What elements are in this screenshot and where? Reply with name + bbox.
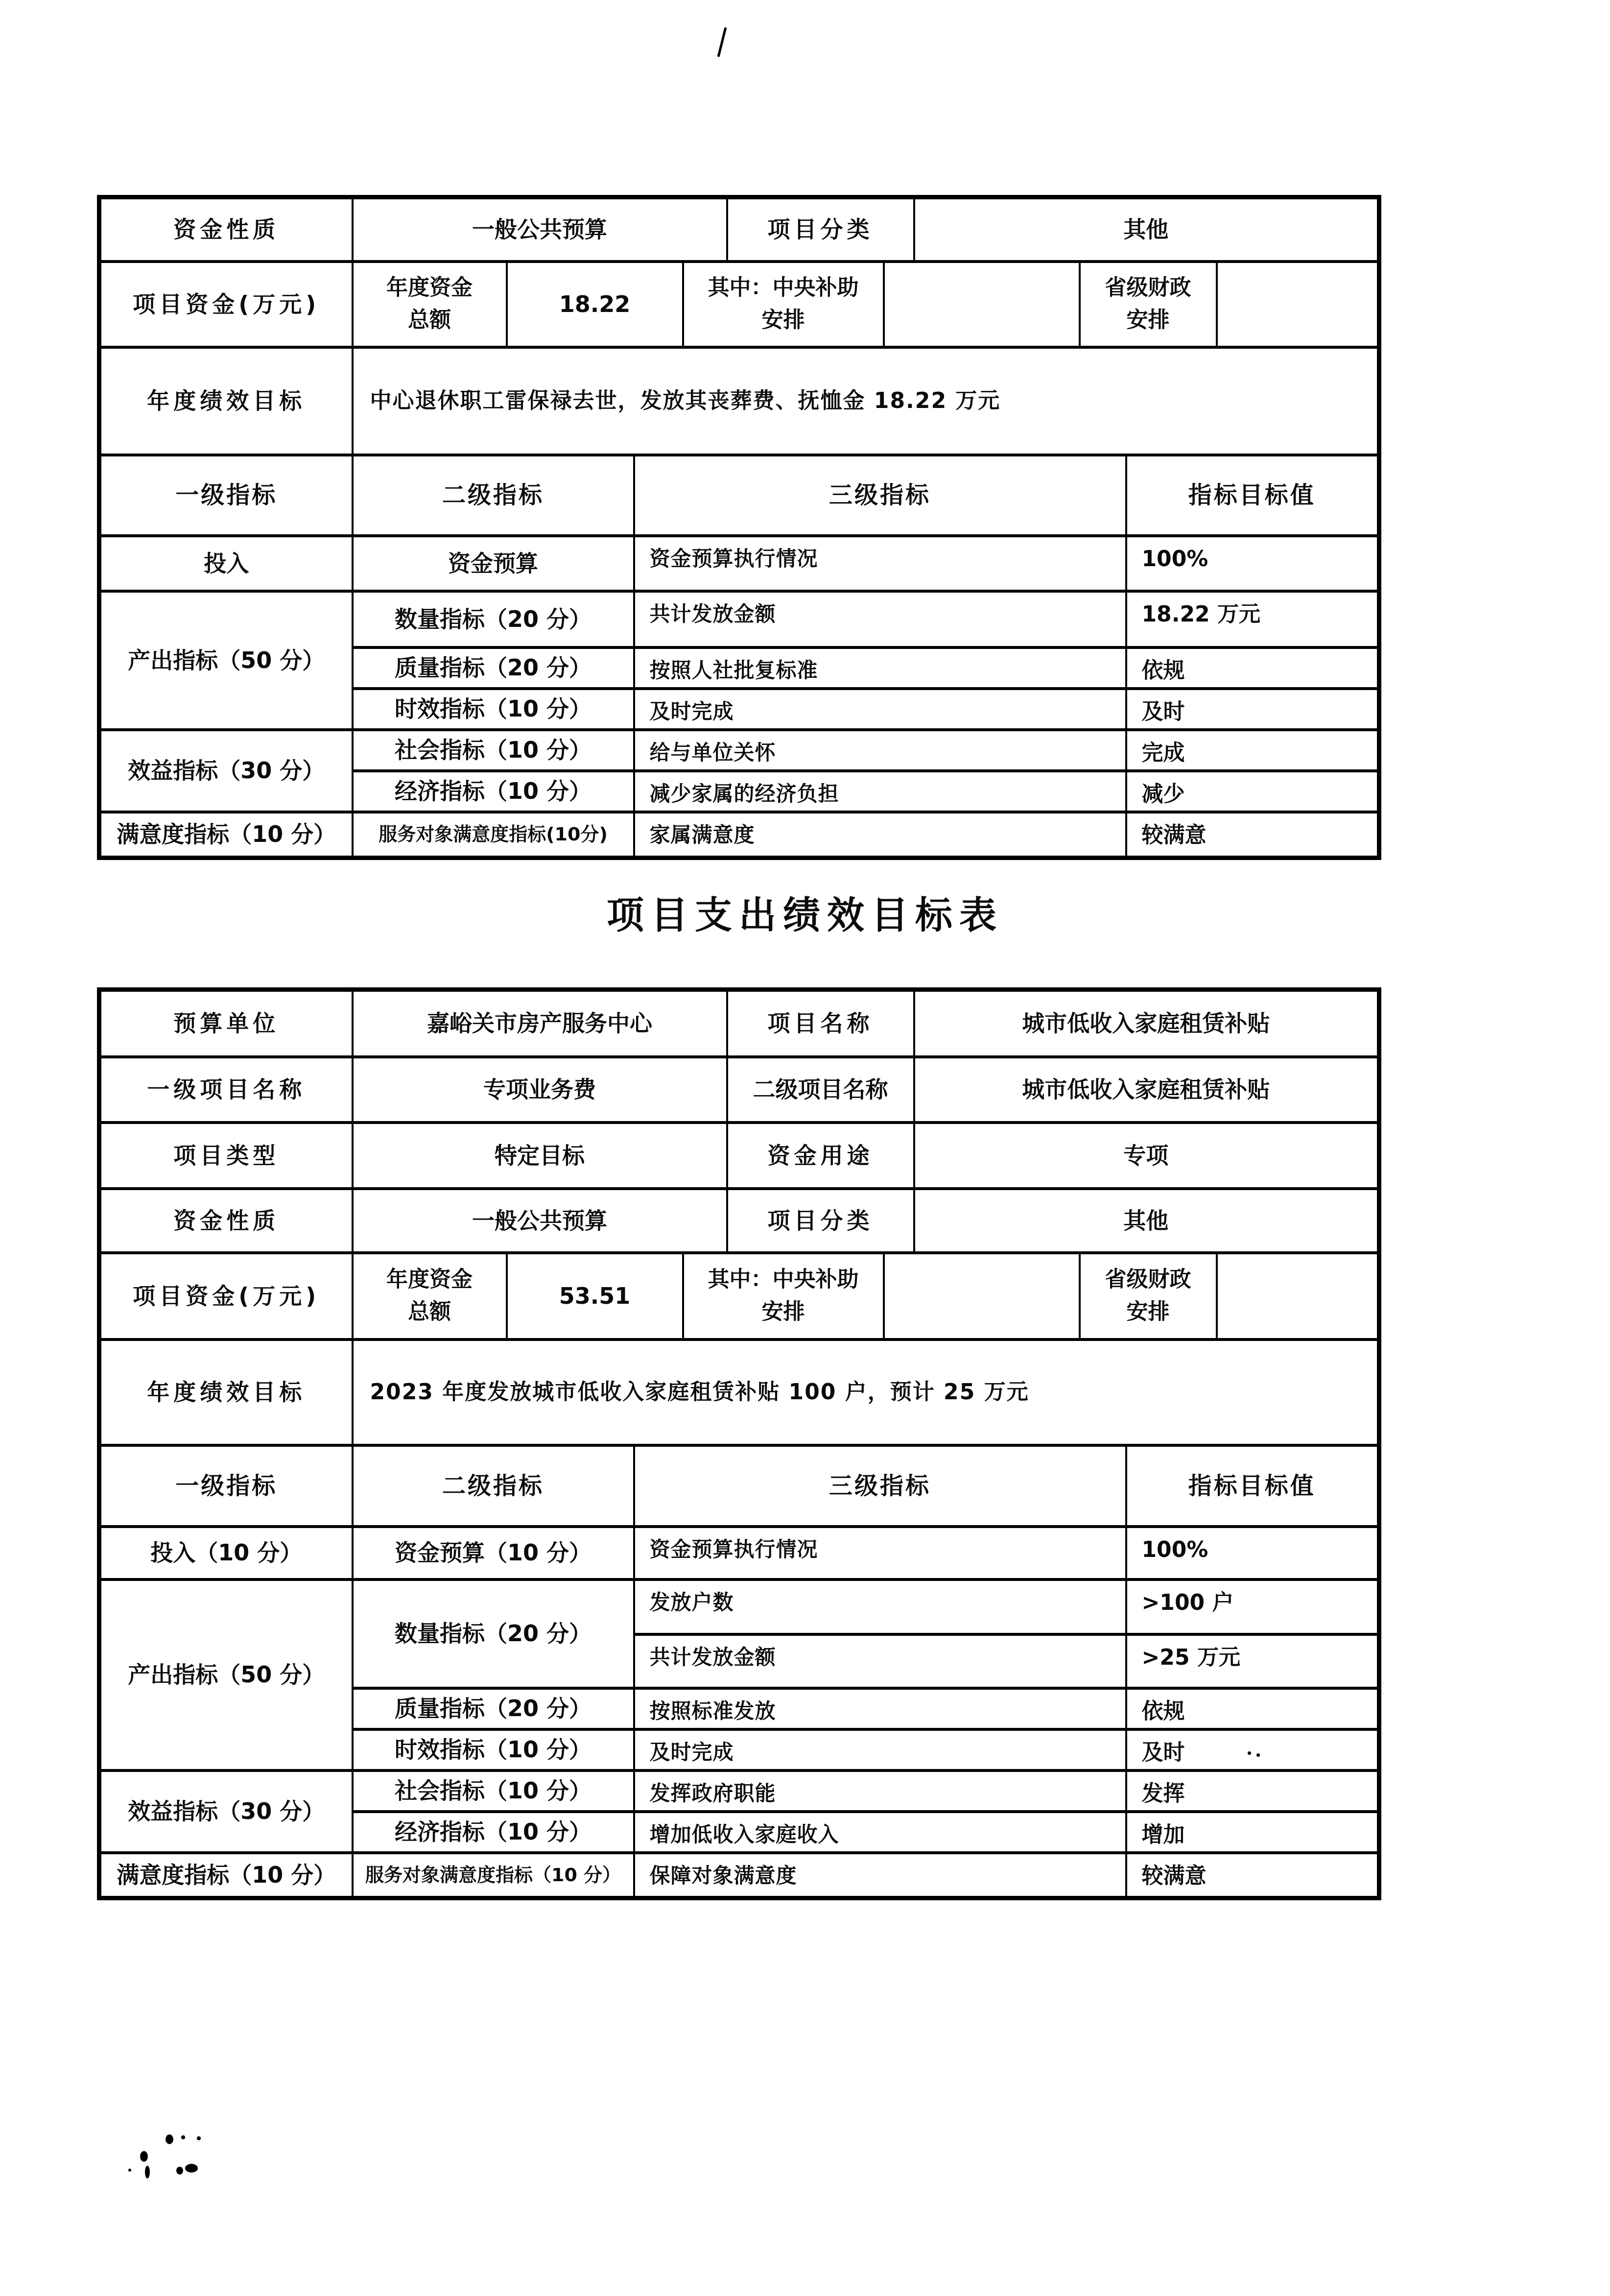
level1-project-value: 专项业务费 xyxy=(353,1057,727,1123)
level3-cell: 保障对象满意度 xyxy=(634,1853,1126,1898)
level1-cell: 满意度指标（10 分） xyxy=(99,812,353,858)
level3-cell: 家属满意度 xyxy=(634,812,1126,858)
level2-cell: 服务对象满意度指标（10 分） xyxy=(353,1853,634,1898)
level3-cell: 发放户数 xyxy=(634,1579,1126,1634)
level3-cell: 及时完成 xyxy=(634,689,1126,730)
fund-nature-label: 资金性质 xyxy=(99,197,353,262)
performance-table-top: 资金性质 一般公共预算 项目分类 其他 项目资金(万元) 年度资金 总额 18.… xyxy=(97,195,1381,860)
central-subsidy-label: 其中：中央补助 安排 xyxy=(683,1253,884,1339)
scan-speck xyxy=(176,2167,183,2175)
level3-cell: 增加低收入家庭收入 xyxy=(634,1812,1126,1853)
target-cell: 100% xyxy=(1126,1527,1379,1579)
level1-cell: 满意度指标（10 分） xyxy=(99,1853,353,1898)
scan-speck xyxy=(145,2166,150,2178)
target-cell: 较满意 xyxy=(1126,812,1379,858)
scan-speck xyxy=(197,2136,201,2140)
central-subsidy-label: 其中：中央补助 安排 xyxy=(683,262,884,347)
table-row: 投入（10 分） 资金预算（10 分） 资金预算执行情况 100% xyxy=(99,1527,1379,1579)
fund-nature-label: 资金性质 xyxy=(99,1189,353,1253)
level1-cell: 投入 xyxy=(99,536,353,591)
level2-cell: 时效指标（10 分） xyxy=(353,1729,634,1770)
level3-cell: 资金预算执行情况 xyxy=(634,536,1126,591)
scan-speck xyxy=(166,2134,173,2144)
header-level3: 三级指标 xyxy=(634,455,1126,536)
target-cell: >25 万元 xyxy=(1126,1634,1379,1688)
level2-cell: 质量指标（20 分） xyxy=(353,1688,634,1729)
project-class-value: 其他 xyxy=(914,1189,1379,1253)
table-row: 项目资金(万元) 年度资金 总额 18.22 其中：中央补助 安排 省级财政 安… xyxy=(99,262,1379,347)
provincial-finance-value xyxy=(1217,1253,1379,1339)
project-class-label: 项目分类 xyxy=(727,197,914,262)
budget-unit-label: 预算单位 xyxy=(99,990,353,1057)
table-row: 年度绩效目标 2023 年度发放城市低收入家庭租赁补贴 100 户，预计 25 … xyxy=(99,1339,1379,1445)
project-name-label: 项目名称 xyxy=(727,990,914,1057)
level1-cell: 效益指标（30 分） xyxy=(99,730,353,812)
central-subsidy-value xyxy=(884,262,1080,347)
level1-cell: 效益指标（30 分） xyxy=(99,1770,353,1853)
provincial-finance-label: 省级财政 安排 xyxy=(1080,262,1217,347)
target-cell: >100 户 xyxy=(1126,1579,1379,1634)
table-row: 效益指标（30 分） 社会指标（10 分） 给与单位关怀 完成 xyxy=(99,730,1379,771)
project-type-value: 特定目标 xyxy=(353,1123,727,1189)
level3-cell: 及时完成 xyxy=(634,1729,1126,1770)
level1-cell: 产出指标（50 分） xyxy=(99,1579,353,1770)
provincial-finance-value xyxy=(1217,262,1379,347)
budget-unit-value: 嘉峪关市房产服务中心 xyxy=(353,990,727,1057)
scan-speck xyxy=(181,2135,185,2139)
project-class-label: 项目分类 xyxy=(727,1189,914,1253)
level2-cell: 时效指标（10 分） xyxy=(353,689,634,730)
table-row: 产出指标（50 分） 数量指标（20 分） 发放户数 >100 户 xyxy=(99,1579,1379,1634)
performance-table-main: 预算单位 嘉峪关市房产服务中心 项目名称 城市低收入家庭租赁补贴 一级项目名称 … xyxy=(97,987,1381,1900)
project-name-value: 城市低收入家庭租赁补贴 xyxy=(914,990,1379,1057)
level3-cell: 按照人社批复标准 xyxy=(634,647,1126,689)
target-cell: 较满意 xyxy=(1126,1853,1379,1898)
level2-cell: 服务对象满意度指标(10分) xyxy=(353,812,634,858)
header-level2: 二级指标 xyxy=(353,1445,634,1527)
header-target: 指标目标值 xyxy=(1126,1445,1379,1527)
header-level1: 一级指标 xyxy=(99,455,353,536)
level2-project-value: 城市低收入家庭租赁补贴 xyxy=(914,1057,1379,1123)
level3-cell: 共计发放金额 xyxy=(634,591,1126,647)
level2-cell: 数量指标（20 分） xyxy=(353,591,634,647)
header-level3: 三级指标 xyxy=(634,1445,1126,1527)
level1-project-label: 一级项目名称 xyxy=(99,1057,353,1123)
level2-cell: 社会指标（10 分） xyxy=(353,1770,634,1812)
header-level2: 二级指标 xyxy=(353,455,634,536)
table-row: 资金性质 一般公共预算 项目分类 其他 xyxy=(99,1189,1379,1253)
target-cell: 依规 xyxy=(1126,647,1379,689)
project-fund-label: 项目资金(万元) xyxy=(99,1253,353,1339)
level3-cell: 发挥政府职能 xyxy=(634,1770,1126,1812)
level3-cell: 按照标准发放 xyxy=(634,1688,1126,1729)
table-row: 资金性质 一般公共预算 项目分类 其他 xyxy=(99,197,1379,262)
level3-cell: 资金预算执行情况 xyxy=(634,1527,1126,1579)
scan-slash-mark xyxy=(717,27,727,57)
target-cell: 100% xyxy=(1126,536,1379,591)
table-row: 项目类型 特定目标 资金用途 专项 xyxy=(99,1123,1379,1189)
level2-cell: 质量指标（20 分） xyxy=(353,647,634,689)
target-cell: 发挥 xyxy=(1126,1770,1379,1812)
central-subsidy-value xyxy=(884,1253,1080,1339)
fund-use-label: 资金用途 xyxy=(727,1123,914,1189)
target-cell: 18.22 万元 xyxy=(1126,591,1379,647)
level2-project-label: 二级项目名称 xyxy=(727,1057,914,1123)
scan-speck xyxy=(140,2151,148,2162)
level2-cell: 资金预算（10 分） xyxy=(353,1527,634,1579)
level2-cell: 数量指标（20 分） xyxy=(353,1579,634,1688)
provincial-finance-label: 省级财政 安排 xyxy=(1080,1253,1217,1339)
fund-nature-value: 一般公共预算 xyxy=(353,1189,727,1253)
table-row: 产出指标（50 分） 数量指标（20 分） 共计发放金额 18.22 万元 xyxy=(99,591,1379,647)
annual-goal-value: 中心退休职工雷保禄去世，发放其丧葬费、抚恤金 18.22 万元 xyxy=(353,347,1379,455)
table-row: 满意度指标（10 分） 服务对象满意度指标（10 分） 保障对象满意度 较满意 xyxy=(99,1853,1379,1898)
scanned-document-page: 资金性质 一般公共预算 项目分类 其他 项目资金(万元) 年度资金 总额 18.… xyxy=(0,0,1610,2296)
annual-total-label: 年度资金 总额 xyxy=(353,1253,507,1339)
level3-cell: 共计发放金额 xyxy=(634,1634,1126,1688)
header-target: 指标目标值 xyxy=(1126,455,1379,536)
table-row: 预算单位 嘉峪关市房产服务中心 项目名称 城市低收入家庭租赁补贴 xyxy=(99,990,1379,1057)
annual-goal-value: 2023 年度发放城市低收入家庭租赁补贴 100 户，预计 25 万元 xyxy=(353,1339,1379,1445)
target-cell: 依规 xyxy=(1126,1688,1379,1729)
project-fund-label: 项目资金(万元) xyxy=(99,262,353,347)
target-cell: 及时 xyxy=(1126,1729,1379,1770)
indicator-header-row: 一级指标 二级指标 三级指标 指标目标值 xyxy=(99,455,1379,536)
fund-use-value: 专项 xyxy=(914,1123,1379,1189)
page-title: 项目支出绩效目标表 xyxy=(0,885,1610,939)
target-cell: 完成 xyxy=(1126,730,1379,771)
level2-cell: 经济指标（10 分） xyxy=(353,1812,634,1853)
target-cell: 减少 xyxy=(1126,771,1379,812)
annual-total-value: 53.51 xyxy=(507,1253,683,1339)
fund-nature-value: 一般公共预算 xyxy=(353,197,727,262)
target-cell: 增加 xyxy=(1126,1812,1379,1853)
scan-speck xyxy=(185,2164,198,2173)
level2-cell: 社会指标（10 分） xyxy=(353,730,634,771)
annual-goal-label: 年度绩效目标 xyxy=(99,347,353,455)
table-row: 投入 资金预算 资金预算执行情况 100% xyxy=(99,536,1379,591)
annual-total-value: 18.22 xyxy=(507,262,683,347)
level1-cell: 投入（10 分） xyxy=(99,1527,353,1579)
table-row: 满意度指标（10 分） 服务对象满意度指标(10分) 家属满意度 较满意 xyxy=(99,812,1379,858)
header-level1: 一级指标 xyxy=(99,1445,353,1527)
level1-cell: 产出指标（50 分） xyxy=(99,591,353,730)
table-row: 效益指标（30 分） 社会指标（10 分） 发挥政府职能 发挥 xyxy=(99,1770,1379,1812)
target-cell: 及时 xyxy=(1126,689,1379,730)
project-type-label: 项目类型 xyxy=(99,1123,353,1189)
indicator-header-row: 一级指标 二级指标 三级指标 指标目标值 xyxy=(99,1445,1379,1527)
table-row: 一级项目名称 专项业务费 二级项目名称 城市低收入家庭租赁补贴 xyxy=(99,1057,1379,1123)
scan-speck xyxy=(128,2169,131,2172)
table-row: 年度绩效目标 中心退休职工雷保禄去世，发放其丧葬费、抚恤金 18.22 万元 xyxy=(99,347,1379,455)
annual-total-label: 年度资金 总额 xyxy=(353,262,507,347)
level2-cell: 经济指标（10 分） xyxy=(353,771,634,812)
table-row: 项目资金(万元) 年度资金 总额 53.51 其中：中央补助 安排 省级财政 安… xyxy=(99,1253,1379,1339)
level3-cell: 给与单位关怀 xyxy=(634,730,1126,771)
level2-cell: 资金预算 xyxy=(353,536,634,591)
annual-goal-label: 年度绩效目标 xyxy=(99,1339,353,1445)
project-class-value: 其他 xyxy=(914,197,1379,262)
level3-cell: 减少家属的经济负担 xyxy=(634,771,1126,812)
